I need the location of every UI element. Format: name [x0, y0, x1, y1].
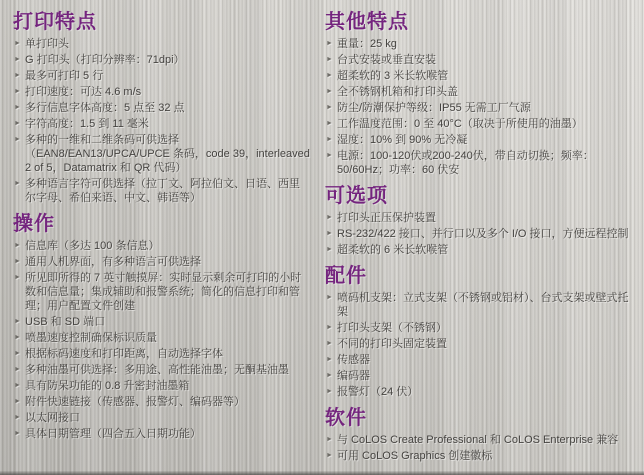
print-features-list: ►单打印头 ►G 打印头（打印分辨率：71dpi） ►最多可打印 5 行 ►打印… [13, 37, 310, 205]
spec-item: ►打印速度：可达 4.6 m/s [13, 85, 310, 99]
spec-item-text: 多种油墨可供选择：多用途、高性能油墨；无酮基油墨 [25, 363, 310, 377]
spec-item: ►重量：25 kg [325, 37, 636, 51]
bullet-arrow-icon: ► [325, 227, 337, 241]
spec-item-text: 防尘/防潮保护等级：IP55 无需工厂气源 [337, 101, 636, 115]
spec-item: ►不同的打印头固定装置 [325, 337, 636, 351]
spec-item-text: 全不锈钢机箱和打印头盖 [337, 85, 636, 99]
section-options: 可选项 ►打印头正压保护装置 ►RS-232/422 接口、并行口以及多个 I/… [325, 186, 636, 257]
bullet-arrow-icon: ► [325, 53, 337, 67]
datasheet-content: 打印特点 ►单打印头 ►G 打印头（打印分辨率：71dpi） ►最多可打印 5 … [0, 0, 644, 465]
spec-item: ►台式安装或垂直安装 [325, 53, 636, 67]
spec-item-text: 以太网接口 [25, 411, 310, 425]
spec-item-text: 传感器 [337, 353, 636, 367]
spec-item: ►最多可打印 5 行 [13, 69, 310, 83]
spec-item: ►多行信息字体高度：5 点至 32 点 [13, 101, 310, 115]
spec-item: ►通用人机界面，有多种语言可供选择 [13, 255, 310, 269]
spec-item: ►防尘/防潮保护等级：IP55 无需工厂气源 [325, 101, 636, 115]
spec-item-text: 单打印头 [25, 37, 310, 51]
spec-item: ►以太网接口 [13, 411, 310, 425]
spec-item-text: 具有防呆功能的 0.8 升密封油墨箱 [25, 379, 310, 393]
bullet-arrow-icon: ► [325, 433, 337, 447]
section-title-other-features: 其他特点 [325, 12, 636, 33]
other-features-list: ►重量：25 kg ►台式安装或垂直安装 ►超柔软的 3 米长软喉管 ►全不锈钢… [325, 37, 636, 177]
section-title-options: 可选项 [325, 186, 636, 207]
bullet-arrow-icon: ► [325, 117, 337, 131]
spec-item-text: USB 和 SD 端口 [25, 315, 310, 329]
spec-item: ►具体日期管理（四合五入日期功能） [13, 427, 310, 441]
bullet-arrow-icon: ► [13, 411, 25, 425]
spec-item: ►具有防呆功能的 0.8 升密封油墨箱 [13, 379, 310, 393]
bullet-arrow-icon: ► [13, 101, 25, 115]
spec-item-text: RS-232/422 接口、并行口以及多个 I/O 接口，方便远程控制 [337, 227, 636, 241]
bullet-arrow-icon: ► [13, 37, 25, 51]
bullet-arrow-icon: ► [325, 385, 337, 399]
spec-item: ►多种语言字符可供选择（拉丁文、阿拉伯文、日语、西里尔字母、希伯来语、中文、韩语… [13, 177, 310, 205]
bullet-arrow-icon: ► [325, 353, 337, 367]
section-title-operation: 操作 [13, 214, 310, 235]
right-column: 其他特点 ►重量：25 kg ►台式安装或垂直安装 ►超柔软的 3 米长软喉管 … [325, 12, 636, 465]
spec-item: ►与 CoLOS Create Professional 和 CoLOS Ent… [325, 433, 636, 447]
spec-item: ►传感器 [325, 353, 636, 367]
section-accessories: 配件 ►喷码机支架：立式支架（不锈钢或铝材）、台式支架或壁式托架 ►打印头支架（… [325, 266, 636, 399]
bullet-arrow-icon: ► [325, 211, 337, 225]
spec-item-text: 多种的一维和二维条码可供选择（EAN8/EAN13/UPCA/UPCE 条码，c… [25, 133, 310, 175]
spec-item: ►字符高度：1.5 到 11 毫米 [13, 117, 310, 131]
spec-item-text: 打印速度：可达 4.6 m/s [25, 85, 310, 99]
spec-item-text: 最多可打印 5 行 [25, 69, 310, 83]
spec-item: ►全不锈钢机箱和打印头盖 [325, 85, 636, 99]
spec-item-text: 电源：100-120伏或200-240伏，带自动切换；频率：50/60Hz；功率… [337, 149, 636, 177]
section-software: 软件 ►与 CoLOS Create Professional 和 CoLOS … [325, 408, 636, 463]
spec-item-text: G 打印头（打印分辨率：71dpi） [25, 53, 310, 67]
bullet-arrow-icon: ► [13, 239, 25, 253]
spec-item: ►喷码机支架：立式支架（不锈钢或铝材）、台式支架或壁式托架 [325, 291, 636, 319]
spec-item-text: 超柔软的 6 米长软喉管 [337, 243, 636, 257]
spec-item-text: 打印头支架（不锈钢） [337, 321, 636, 335]
bullet-arrow-icon: ► [13, 379, 25, 393]
spec-item-text: 可用 CoLOS Graphics 创建徽标 [337, 449, 636, 463]
spec-item-text: 湿度：10% 到 90% 无冷凝 [337, 133, 636, 147]
spec-item-text: 多种语言字符可供选择（拉丁文、阿拉伯文、日语、西里尔字母、希伯来语、中文、韩语等… [25, 177, 310, 205]
left-column: 打印特点 ►单打印头 ►G 打印头（打印分辨率：71dpi） ►最多可打印 5 … [13, 12, 310, 465]
spec-item-text: 根据标码速度和打印距离，自动选择字体 [25, 347, 310, 361]
section-print-features: 打印特点 ►单打印头 ►G 打印头（打印分辨率：71dpi） ►最多可打印 5 … [13, 12, 310, 205]
accessories-list: ►喷码机支架：立式支架（不锈钢或铝材）、台式支架或壁式托架 ►打印头支架（不锈钢… [325, 291, 636, 399]
bullet-arrow-icon: ► [13, 133, 25, 147]
spec-item: ►工作温度范围：0 至 40°C（取决于所使用的油墨） [325, 117, 636, 131]
bullet-arrow-icon: ► [325, 337, 337, 351]
spec-item-text: 所见即所得的 7 英寸触摸屏：实时显示剩余可打印的小时数和信息量；集成辅助和报警… [25, 271, 310, 313]
bullet-arrow-icon: ► [325, 149, 337, 163]
spec-item: ►电源：100-120伏或200-240伏，带自动切换；频率：50/60Hz；功… [325, 149, 636, 177]
spec-item: ►超柔软的 6 米长软喉管 [325, 243, 636, 257]
spec-item-text: 字符高度：1.5 到 11 毫米 [25, 117, 310, 131]
spec-item-text: 打印头正压保护装置 [337, 211, 636, 225]
spec-item: ►打印头支架（不锈钢） [325, 321, 636, 335]
spec-item: ►根据标码速度和打印距离，自动选择字体 [13, 347, 310, 361]
spec-item-text: 通用人机界面，有多种语言可供选择 [25, 255, 310, 269]
spec-item-text: 具体日期管理（四合五入日期功能） [25, 427, 310, 441]
spec-item: ►信息库（多达 100 条信息） [13, 239, 310, 253]
bullet-arrow-icon: ► [13, 271, 25, 285]
spec-item-text: 信息库（多达 100 条信息） [25, 239, 310, 253]
section-title-software: 软件 [325, 408, 636, 429]
bullet-arrow-icon: ► [13, 427, 25, 441]
bullet-arrow-icon: ► [13, 85, 25, 99]
bullet-arrow-icon: ► [13, 53, 25, 67]
bullet-arrow-icon: ► [13, 331, 25, 345]
spec-item: ►可用 CoLOS Graphics 创建徽标 [325, 449, 636, 463]
spec-item: ►报警灯（24 伏） [325, 385, 636, 399]
bullet-arrow-icon: ► [325, 243, 337, 257]
spec-item-text: 编码器 [337, 369, 636, 383]
bullet-arrow-icon: ► [13, 347, 25, 361]
spec-item-text: 多行信息字体高度：5 点至 32 点 [25, 101, 310, 115]
software-list: ►与 CoLOS Create Professional 和 CoLOS Ent… [325, 433, 636, 463]
spec-item: ►RS-232/422 接口、并行口以及多个 I/O 接口，方便远程控制 [325, 227, 636, 241]
spec-item-text: 不同的打印头固定装置 [337, 337, 636, 351]
bullet-arrow-icon: ► [13, 69, 25, 83]
datasheet-page: 打印特点 ►单打印头 ►G 打印头（打印分辨率：71dpi） ►最多可打印 5 … [0, 0, 644, 475]
spec-item: ►多种油墨可供选择：多用途、高性能油墨；无酮基油墨 [13, 363, 310, 377]
spec-item: ►单打印头 [13, 37, 310, 51]
section-title-accessories: 配件 [325, 266, 636, 287]
spec-item-text: 超柔软的 3 米长软喉管 [337, 69, 636, 83]
bullet-arrow-icon: ► [325, 449, 337, 463]
bullet-arrow-icon: ► [13, 177, 25, 191]
spec-item: ►喷墨速度控制确保标识质量 [13, 331, 310, 345]
bullet-arrow-icon: ► [325, 133, 337, 147]
spec-item: ►USB 和 SD 端口 [13, 315, 310, 329]
bullet-arrow-icon: ► [325, 101, 337, 115]
bullet-arrow-icon: ► [325, 369, 337, 383]
bullet-arrow-icon: ► [325, 69, 337, 83]
bullet-arrow-icon: ► [325, 291, 337, 305]
spec-item-text: 与 CoLOS Create Professional 和 CoLOS Ente… [337, 433, 636, 447]
spec-item-text: 台式安装或垂直安装 [337, 53, 636, 67]
spec-item-text: 重量：25 kg [337, 37, 636, 51]
options-list: ►打印头正压保护装置 ►RS-232/422 接口、并行口以及多个 I/O 接口… [325, 211, 636, 257]
spec-item-text: 报警灯（24 伏） [337, 385, 636, 399]
spec-item: ►编码器 [325, 369, 636, 383]
bullet-arrow-icon: ► [325, 37, 337, 51]
page-bottom-shadow [0, 471, 644, 475]
spec-item: ►附件快速链接（传感器、报警灯、编码器等） [13, 395, 310, 409]
spec-item: ►多种的一维和二维条码可供选择（EAN8/EAN13/UPCA/UPCE 条码，… [13, 133, 310, 175]
bullet-arrow-icon: ► [13, 117, 25, 131]
bullet-arrow-icon: ► [13, 363, 25, 377]
spec-item: ►超柔软的 3 米长软喉管 [325, 69, 636, 83]
bullet-arrow-icon: ► [13, 255, 25, 269]
spec-item-text: 喷码机支架：立式支架（不锈钢或铝材）、台式支架或壁式托架 [337, 291, 636, 319]
spec-item: ►所见即所得的 7 英寸触摸屏：实时显示剩余可打印的小时数和信息量；集成辅助和报… [13, 271, 310, 313]
bullet-arrow-icon: ► [13, 395, 25, 409]
section-other-features: 其他特点 ►重量：25 kg ►台式安装或垂直安装 ►超柔软的 3 米长软喉管 … [325, 12, 636, 177]
section-operation: 操作 ►信息库（多达 100 条信息） ►通用人机界面，有多种语言可供选择 ►所… [13, 214, 310, 441]
spec-item: ►湿度：10% 到 90% 无冷凝 [325, 133, 636, 147]
spec-item: ►打印头正压保护装置 [325, 211, 636, 225]
bullet-arrow-icon: ► [325, 85, 337, 99]
bullet-arrow-icon: ► [13, 315, 25, 329]
spec-item-text: 喷墨速度控制确保标识质量 [25, 331, 310, 345]
spec-item-text: 附件快速链接（传感器、报警灯、编码器等） [25, 395, 310, 409]
section-title-print-features: 打印特点 [13, 12, 310, 33]
bullet-arrow-icon: ► [325, 321, 337, 335]
operation-list: ►信息库（多达 100 条信息） ►通用人机界面，有多种语言可供选择 ►所见即所… [13, 239, 310, 441]
spec-item-text: 工作温度范围：0 至 40°C（取决于所使用的油墨） [337, 117, 636, 131]
spec-item: ►G 打印头（打印分辨率：71dpi） [13, 53, 310, 67]
